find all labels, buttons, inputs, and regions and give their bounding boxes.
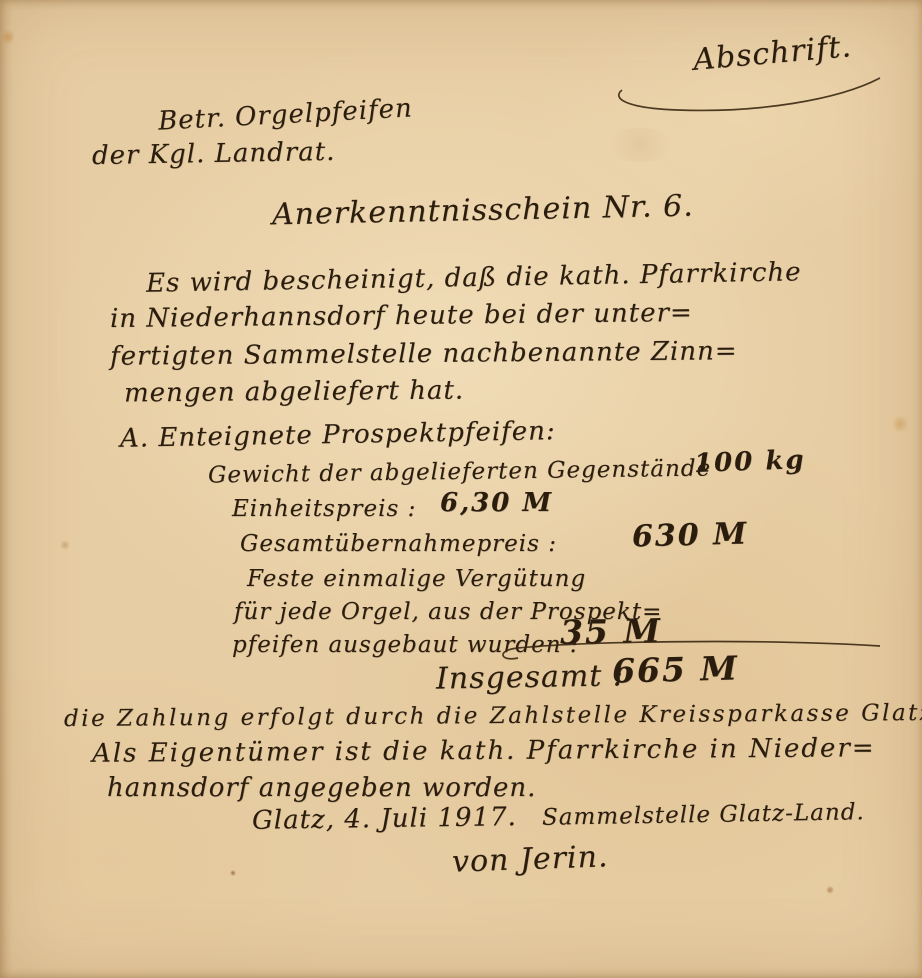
- paper-speck: [230, 870, 236, 876]
- total-price-label: Gesamtübernahmepreis :: [240, 531, 557, 557]
- body-line-3: fertigten Sammelstelle nachbenannte Zinn…: [110, 336, 738, 371]
- weight-value: 100 kg: [694, 445, 807, 479]
- weight-label: Gewicht der abgelieferten Gegenstände: [208, 455, 711, 488]
- owner-line-1: Als Eigentümer ist die kath. Pfarrkirche…: [92, 733, 876, 768]
- paper-stain: [2, 28, 14, 46]
- paper-stain: [890, 416, 910, 432]
- sum-value: 665 M: [612, 648, 740, 690]
- signature: von Jerin.: [451, 839, 609, 879]
- office-line: Sammelstelle Glatz-Land.: [542, 799, 865, 831]
- document-title: Anerkenntnisschein Nr. 6.: [272, 189, 694, 233]
- paper-speck: [60, 540, 70, 550]
- sum-label: Insgesamt :: [436, 658, 625, 696]
- total-price-value: 630 M: [632, 516, 749, 554]
- body-line-1: Es wird bescheinigt, daß die kath. Pfarr…: [146, 257, 802, 298]
- body-line-4: mengen abgeliefert hat.: [124, 376, 464, 409]
- subject-line: Betr. Orgelpfeifen: [157, 93, 413, 136]
- owner-line-2: hannsdorf angegeben worden.: [107, 773, 536, 803]
- section-a-heading: A. Enteignete Prospektpfeifen:: [120, 416, 556, 454]
- unit-price-label: Einheitspreis :: [232, 496, 416, 522]
- fee-line-1: Feste einmalige Vergütung: [247, 566, 586, 592]
- paper-speck: [826, 886, 834, 894]
- body-line-2: in Niederhannsdorf heute bei der unter=: [110, 298, 693, 334]
- addressee-line: der Kgl. Landrat.: [92, 137, 336, 171]
- payment-line: die Zahlung erfolgt durch die Zahlstelle…: [64, 700, 922, 732]
- dateline: Glatz, 4. Juli 1917.: [252, 802, 517, 836]
- unit-price-value: 6,30 M: [440, 488, 553, 518]
- flourish-underline-icon: [608, 70, 890, 122]
- paper-stain: [600, 128, 680, 162]
- manuscript-page: Abschrift. Betr. Orgelpfeifen der Kgl. L…: [0, 0, 922, 978]
